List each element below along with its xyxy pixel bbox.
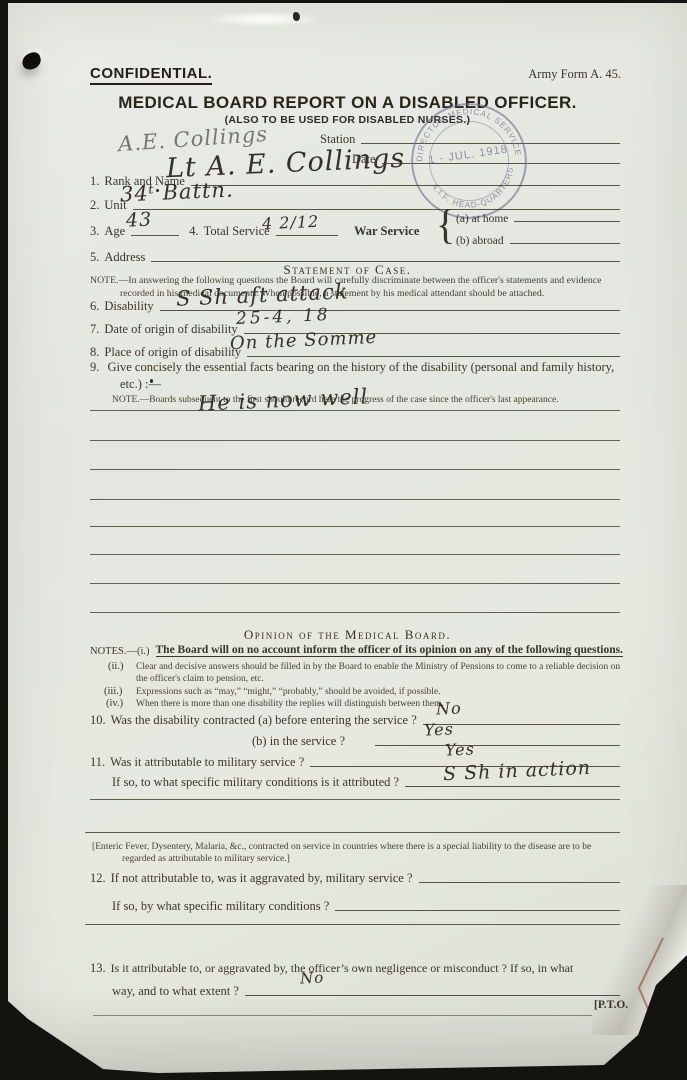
opinion-note-i: NOTES.—(i.) The Board will on no account… [90, 644, 623, 657]
q10-label: Was the disability contracted (a) before… [111, 713, 417, 728]
unit-line [133, 207, 620, 210]
total-service-handwriting: 4 2/12 [262, 212, 320, 233]
age-line [131, 233, 179, 236]
paper-hole [20, 50, 43, 71]
q12-sub-answer-line [335, 908, 620, 911]
abroad-label: (b) abroad [456, 235, 504, 247]
age-handwriting: 43 [126, 208, 153, 231]
q10b-label: (b) in the service ? [252, 734, 345, 749]
rank-name-line [191, 183, 620, 186]
item-number: 3. [90, 224, 99, 239]
q12-sub-label: If so, by what specific military conditi… [112, 899, 329, 914]
continuation-line [90, 799, 620, 800]
total-service-line [276, 233, 338, 236]
q13-answer-line [245, 993, 620, 996]
answer-line [90, 410, 620, 411]
enteric-fever-note: [Enteric Fever, Dysentery, Malaria, &c.,… [92, 841, 625, 866]
q11-label: Was it attributable to military service … [110, 755, 304, 770]
place-of-origin-line [247, 354, 620, 357]
q13-handwriting: No [300, 968, 325, 987]
disability-label: Disability [104, 299, 153, 314]
q11-handwriting: Yes [445, 739, 476, 759]
war-service-at-home: (a) at home [456, 213, 620, 225]
date-of-origin-label: Date of origin of disability [104, 322, 237, 337]
notes-label: NOTES.—(i.) [90, 646, 150, 657]
paper-speck [293, 12, 300, 21]
paper-tear [597, 930, 687, 1080]
form-title: MEDICAL BOARD REPORT ON A DISABLED OFFIC… [8, 93, 687, 113]
note-ii-label: (ii.) [108, 661, 123, 672]
age-label: Age [104, 224, 125, 239]
date-of-origin-handwriting: 25-4, 18 [236, 305, 331, 329]
field-disability: 6. Disability [90, 299, 620, 314]
opinion-heading: Opinion of the Medical Board. [8, 627, 687, 643]
total-service-label: Total Service [204, 224, 270, 239]
abroad-line [510, 241, 620, 244]
note-i-text: The Board will on no account inform the … [156, 644, 624, 657]
item-number: 12. [90, 871, 106, 886]
stamp-date-text: 1 - JUL. 1918 [428, 143, 509, 166]
q12-answer-line [419, 880, 621, 883]
note-iii-text: Expressions such as “may,” “might,” “pro… [136, 686, 625, 698]
q11-sub-answer-line [405, 784, 620, 787]
item-number: 7. [90, 322, 99, 337]
footer-line [93, 1015, 592, 1016]
item-number: 6. [90, 299, 99, 314]
q12-label: If not attributable to, was it aggravate… [111, 871, 413, 886]
item-number: 11. [90, 755, 105, 770]
war-service-label: War Service [354, 224, 419, 239]
question-12: 12. If not attributable to, was it aggra… [90, 871, 620, 886]
q10a-handwriting: No [436, 698, 462, 718]
form-subtitle: (ALSO TO BE USED FOR DISABLED NURSES.) [8, 114, 687, 126]
paper-crease [203, 11, 323, 27]
place-of-origin-label: Place of origin of disability [104, 345, 241, 360]
question-13-line2: way, and to what extent ? [112, 984, 620, 999]
paper-shading [8, 990, 687, 1080]
answer-line [90, 526, 620, 527]
question-13: 13. Is it attributable to, or aggravated… [90, 961, 573, 976]
q13-label2: way, and to what extent ? [112, 984, 239, 999]
item-number: 4. [189, 224, 198, 239]
section-separator [85, 924, 620, 925]
answer-line [90, 612, 620, 613]
note-iv-text: When there is more than one disability t… [136, 698, 625, 710]
item-number: 10. [90, 713, 106, 728]
unit-handwriting: 34ᵗ Battn. [120, 178, 235, 207]
note-ii-text: Clear and decisive answers should be fil… [136, 661, 625, 686]
at-home-line [514, 219, 620, 222]
statement-note: NOTE.—In answering the following questio… [90, 275, 625, 300]
answer-line [90, 554, 620, 555]
at-home-label: (a) at home [456, 213, 508, 225]
q11-sub-label: If so, to what specific military conditi… [112, 775, 399, 790]
question-12-sub: If so, by what specific military conditi… [112, 899, 620, 914]
answer-line [90, 583, 620, 584]
scanned-document: { "page": { "confidential": "CONFIDENTIA… [0, 0, 687, 1080]
answer-line [90, 469, 620, 470]
form-number: Army Form A. 45. [528, 67, 621, 82]
war-service-abroad: (b) abroad [456, 235, 620, 247]
item-number: 8. [90, 345, 99, 360]
q10b-answer-line [375, 743, 620, 746]
war-service-brace: { [436, 200, 455, 249]
document-page: CONFIDENTIAL. Army Form A. 45. MEDICAL B… [8, 3, 687, 1080]
q13-label: Is it attributable to, or aggravated by,… [111, 961, 574, 976]
answer-line [90, 499, 620, 500]
item-number: 9. [90, 360, 99, 374]
q10b-handwriting: Yes [424, 719, 455, 739]
note-iv-label: (iv.) [106, 698, 123, 709]
note-iii-label: (iii.) [104, 686, 122, 697]
confidential-heading: CONFIDENTIAL. [90, 65, 212, 85]
item-number: 13. [90, 961, 106, 976]
item-number: 2. [90, 198, 99, 213]
question-10: 10. Was the disability contracted (a) be… [90, 713, 620, 728]
section-separator [85, 832, 620, 833]
item-number: 1. [90, 174, 99, 189]
answer-line [90, 440, 620, 441]
